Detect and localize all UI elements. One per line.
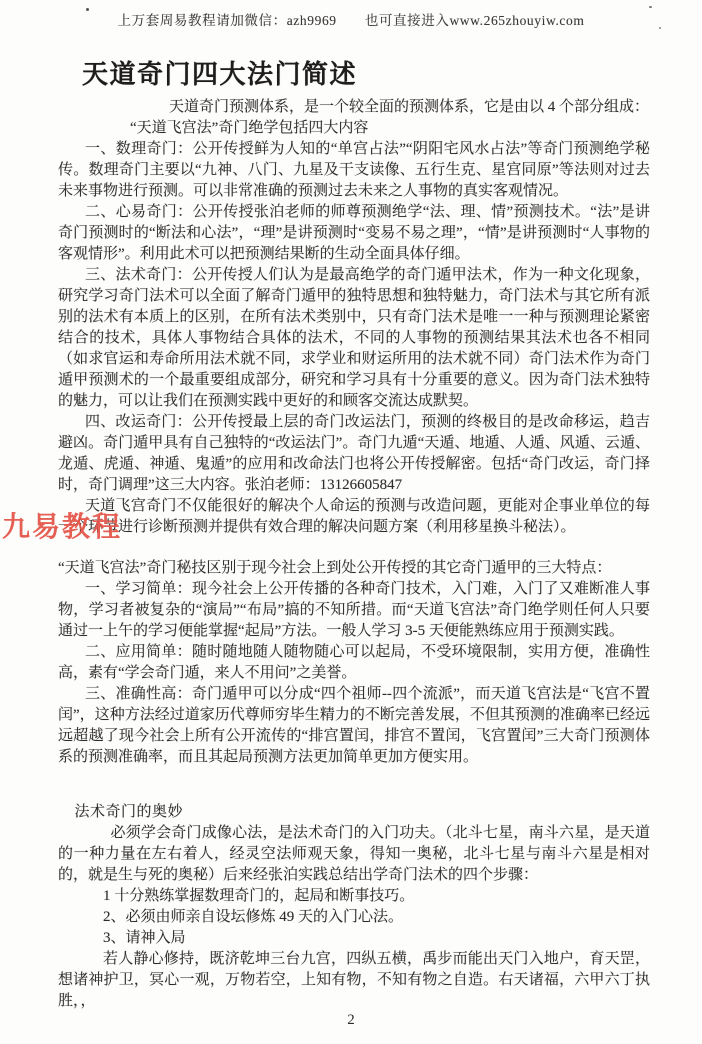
summary-paragraph: 天道飞宫奇门不仅能很好的解决个人命运的预测与改造问题，更能对企事业单位的每一个环… bbox=[58, 496, 650, 538]
method-2-paragraph: 二、心易奇门：公开传授张泊老师的师尊预测绝学“法、理、情”预测技术。“法”是讲奇… bbox=[58, 202, 650, 265]
step-1: 1 十分熟练掌握数理奇门的，起局和断事技巧。 bbox=[58, 886, 650, 907]
features-intro: “天道飞宫法”奇门秘技区别于现今社会上到处公开传授的其它奇门遁甲的三大特点： bbox=[58, 558, 650, 579]
section-intro-paragraph: 必须学会奇门成像心法，是法术奇门的入门功夫。（北斗七星，南斗六星，是天道的一种力… bbox=[58, 823, 650, 886]
feature-2-paragraph: 二、应用简单：随时随地随人随物随心可以起局，不受环境限制，实用方便，准确性高，素… bbox=[58, 642, 650, 684]
intro-paragraph: 天道奇门预测体系，是一个较全面的预测体系，它是由以 4 个部分组成： bbox=[58, 97, 650, 118]
scan-speck bbox=[659, 27, 661, 29]
page-number: 2 bbox=[0, 1012, 702, 1029]
page-title: 天道奇门四大法门简述 bbox=[82, 64, 650, 85]
closing-paragraph: 若人静心修持，既济乾坤三台九宫，四纵五横，禹步而能出天门入地户，育天罡，想诸神护… bbox=[58, 949, 650, 1012]
document-content: 天道奇门四大法门简述 天道奇门预测体系，是一个较全面的预测体系，它是由以 4 个… bbox=[58, 64, 650, 1012]
subtitle-line: “天道飞宫法”奇门绝学包括四大内容 bbox=[58, 118, 650, 139]
step-3: 3、请神入局 bbox=[58, 928, 650, 949]
method-3-paragraph: 三、法术奇门：公开传授人们认为是最高绝学的奇门遁甲法术，作为一种文化现象，研究学… bbox=[58, 265, 650, 412]
section-heading: 法术奇门的奥妙 bbox=[58, 802, 650, 823]
scan-speck bbox=[649, 6, 652, 8]
step-2: 2、必须由师亲自设坛修炼 49 天的入门心法。 bbox=[58, 907, 650, 928]
watermark: 九易教程 bbox=[2, 505, 122, 545]
feature-3-paragraph: 三、准确性高：奇门遁甲可以分成“四个祖师--四个流派”，而天道飞宫法是“飞宫不置… bbox=[58, 684, 650, 768]
method-4-paragraph: 四、改运奇门：公开传授最上层的奇门改运法门，预测的终极目的是改命移运，趋吉避凶。… bbox=[58, 412, 650, 496]
scan-speck bbox=[86, 8, 89, 11]
header-note: 上万套周易教程请加微信：azh9969 也可直接进入www.265zhouyiw… bbox=[0, 9, 702, 29]
feature-1-paragraph: 一、学习简单：现今社会上公开传播的各种奇门技术，入门难，入门了又难断准人事物，学… bbox=[58, 579, 650, 642]
method-1-paragraph: 一、数理奇门：公开传授鲜为人知的“单宫占法”“阴阳宅风水占法”等奇门预测绝学秘传… bbox=[58, 139, 650, 202]
